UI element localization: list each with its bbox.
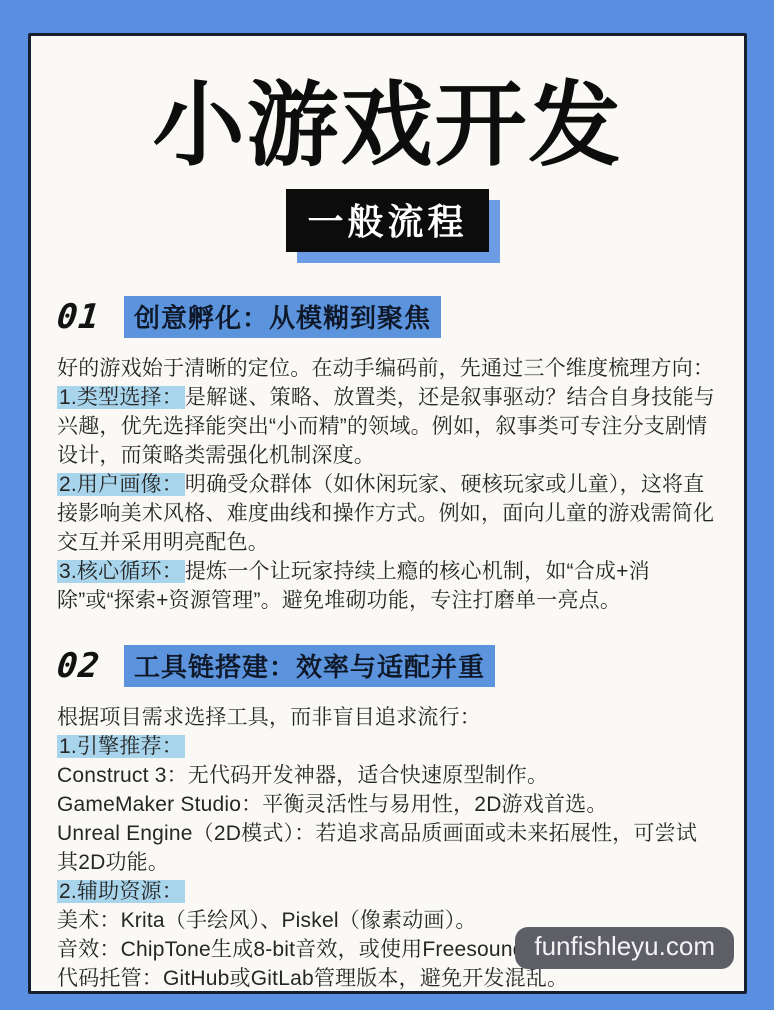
content-area: 01 创意孵化：从模糊到聚焦 好的游戏始于清晰的定位。在动手编码前，先通过三个维… (31, 296, 744, 993)
page-background: 小游戏开发 一般流程 01 创意孵化：从模糊到聚焦 好的游戏始于清晰的定位。在动… (0, 0, 774, 1010)
section-02-header: 02 工具链搭建：效率与适配并重 (57, 645, 718, 687)
section-01-number: 01 (55, 297, 102, 337)
section-02-number: 02 (55, 646, 102, 686)
section-02-group-2-label: 2.辅助资源： (57, 877, 718, 906)
page-title: 小游戏开发 (31, 80, 744, 172)
item-label-highlight: 2.辅助资源： (57, 880, 185, 903)
poster-card: 小游戏开发 一般流程 01 创意孵化：从模糊到聚焦 好的游戏始于清晰的定位。在动… (28, 33, 747, 994)
section-01: 01 创意孵化：从模糊到聚焦 好的游戏始于清晰的定位。在动手编码前，先通过三个维… (57, 296, 718, 615)
watermark-badge: funfishleyu.com (515, 927, 734, 969)
section-01-item-1: 1.类型选择：是解谜、策略、放置类，还是叙事驱动？结合自身技能与兴趣，优先选择能… (57, 383, 718, 470)
item-label-highlight: 2.用户画像： (57, 473, 185, 496)
section-01-intro: 好的游戏始于清晰的定位。在动手编码前，先通过三个维度梳理方向： (57, 354, 718, 383)
section-01-item-3: 3.核心循环：提炼一个让玩家持续上瘾的核心机制，如“合成+消除”或“探索+资源管… (57, 557, 718, 615)
subtitle-badge: 一般流程 (286, 189, 488, 252)
section-02-heading: 工具链搭建：效率与适配并重 (124, 645, 495, 687)
item-label-highlight: 1.类型选择： (57, 386, 185, 409)
section-01-body: 好的游戏始于清晰的定位。在动手编码前，先通过三个维度梳理方向： 1.类型选择：是… (57, 354, 718, 615)
section-02-group-1-label: 1.引擎推荐： (57, 732, 718, 761)
item-label-highlight: 1.引擎推荐： (57, 735, 185, 758)
section-02-intro: 根据项目需求选择工具，而非盲目追求流行： (57, 703, 718, 732)
engine-line-construct: Construct 3：无代码开发神器，适合快速原型制作。 (57, 761, 718, 790)
item-label-highlight: 3.核心循环： (57, 560, 185, 583)
engine-line-unreal: Unreal Engine（2D模式）：若追求高品质画面或未来拓展性，可尝试其2… (57, 819, 718, 877)
subtitle-badge-row: 一般流程 (31, 189, 744, 252)
section-01-heading: 创意孵化：从模糊到聚焦 (124, 296, 441, 338)
engine-line-gamemaker: GameMaker Studio：平衡灵活性与易用性，2D游戏首选。 (57, 790, 718, 819)
section-01-header: 01 创意孵化：从模糊到聚焦 (57, 296, 718, 338)
section-01-item-2: 2.用户画像：明确受众群体（如休闲玩家、硬核玩家或儿童），这将直接影响美术风格、… (57, 470, 718, 557)
